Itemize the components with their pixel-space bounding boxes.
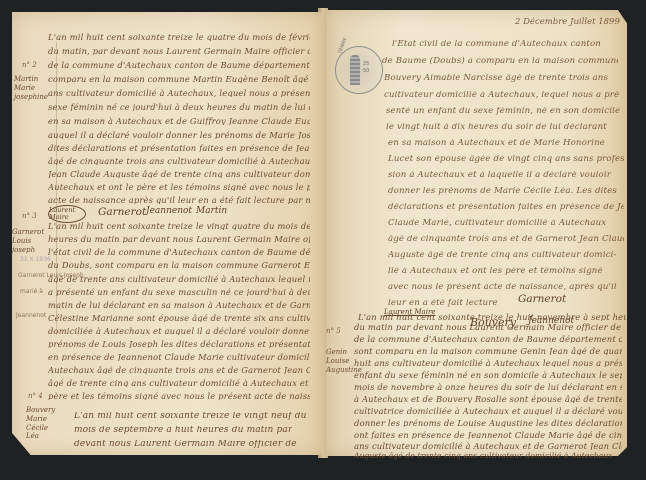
- text-line: senté un enfant du sexe féminin, né en s…: [386, 107, 620, 116]
- text-line: a présenté un enfant du sexe masculin né…: [48, 288, 310, 296]
- text-line: sexe féminin né ce jourd'hui à deux heur…: [48, 103, 310, 111]
- text-line: ans cultivateur domicilié à Autechaux et…: [354, 442, 622, 450]
- margin-name: Martin Marie josephine: [14, 75, 48, 101]
- text-line: L'an mil huit cent soixante treize le qu…: [48, 33, 310, 41]
- text-line: du matin, par devant nous Laurent Germai…: [48, 47, 310, 55]
- text-line: à Autechaux et de Bouvery Rosalie sont é…: [354, 395, 622, 403]
- entry-number: n° 4: [28, 392, 43, 400]
- text-line: avec nous le présent acte de naissance, …: [388, 283, 617, 292]
- text-line: Auguste âgé de trente cinq ans cultivate…: [388, 251, 617, 260]
- pencil-annotation: Jeannenot: [16, 312, 46, 319]
- pencil-annotation: marié à: [20, 288, 43, 295]
- text-line: mois de novembre à onze heures du soir d…: [354, 383, 622, 391]
- text-line: donner les prénoms de Louise Augustine l…: [354, 419, 622, 427]
- pencil-annotation: 31 X 1936: [20, 256, 51, 263]
- text-line: Jean Claude Auguste âgé de trente cinq a…: [48, 170, 310, 178]
- text-line: devant nous Laurent Germain Maire offici…: [74, 440, 297, 449]
- text-line: l'état civil de la commune d'Autechaux c…: [48, 248, 310, 256]
- text-line: huit ans cultivateur domicilié à Autecha…: [354, 359, 622, 367]
- text-line: de Baume (Doubs) a comparu en la maison …: [382, 57, 618, 66]
- text-line: de la commune d'Autechaux canton de Baum…: [48, 61, 310, 69]
- text-line: Autechaux et ont le père et les témoins …: [48, 183, 310, 191]
- text-line: sont comparu en la maison commune Genin …: [354, 347, 622, 355]
- text-line: sion à Autechaux et à laquelle il a décl…: [388, 171, 611, 180]
- tax-stamp: TIMBRE 25 50: [335, 46, 383, 94]
- text-line: heures du matin par devant nous Laurent …: [48, 235, 310, 243]
- text-line: Auguste âgé de trente cinq ans cultivate…: [354, 452, 613, 460]
- text-line: L'an mil huit cent soixante treize le hu…: [358, 313, 626, 321]
- entry-number: n° 3: [22, 212, 37, 220]
- text-line: âgé de trente cinq ans cultivateur domic…: [48, 379, 310, 387]
- text-line: cultivateur domicilié à Autechaux, leque…: [384, 91, 620, 100]
- text-line: acte de naissance après qu'il leur en a …: [48, 196, 310, 204]
- text-line: ont faites en présence de Jeannenot Clau…: [354, 431, 622, 439]
- text-line: père et les témoins signé avec nous le p…: [48, 392, 310, 400]
- text-line: en sa maison à Autechaux et de Marie Hon…: [388, 139, 605, 148]
- signature: Garnerot: [98, 206, 146, 218]
- text-line: cultivatrice domiciliée à Autechaux et a…: [354, 407, 622, 415]
- margin-name: Bouvery Marie Cécile Léa: [26, 406, 55, 441]
- text-line: du Doubs, sont comparu en la maison comm…: [48, 261, 310, 269]
- text-line: l'État civil de la commune d'Autechaux c…: [392, 40, 601, 49]
- text-line: comparu en la maison commune Martin Eugè…: [48, 75, 310, 83]
- date-header: 2 Décembre Juillet 1899: [515, 17, 620, 27]
- text-line: auquel il a déclaré vouloir donner les p…: [48, 131, 310, 139]
- text-line: Autechaux âgé de cinquante trois ans et …: [48, 366, 310, 374]
- text-line: enfant du sexe féminin né en son domicil…: [354, 371, 622, 379]
- signature: Garnerot: [518, 293, 566, 305]
- text-line: lié à Autechaux et ont les père et témoi…: [388, 267, 603, 276]
- text-line: de la commune d'Autechaux canton de Baum…: [354, 335, 622, 343]
- text-line: en présence de Jeannenot Claude Marie cu…: [48, 353, 310, 361]
- entry-number: n° 2: [22, 61, 37, 69]
- text-line: du matin par devant nous Laurent Germain…: [354, 323, 622, 331]
- stamp-value: 25 50: [363, 61, 369, 75]
- text-line: Claude Marie, cultivateur domicilié à Au…: [388, 219, 606, 228]
- text-line: dites déclarations et présentation faite…: [48, 144, 310, 152]
- text-line: déclarations et présentation faites en p…: [388, 203, 624, 212]
- text-line: âgé de trente ans cultivateur domicilié …: [48, 275, 310, 283]
- text-line: domiciliée à Autechaux et auquel il a dé…: [48, 327, 310, 335]
- text-line: mois de septembre à huit heures du matin…: [74, 426, 292, 435]
- text-line: âgé de cinquante trois ans cultivateur d…: [48, 157, 310, 165]
- text-line: prénoms de Louis Joseph les dites déclar…: [48, 340, 310, 348]
- pencil-annotation: Garnerot Louis Joseph: [18, 272, 84, 279]
- text-line: leur en a été fait lecture: [388, 299, 498, 308]
- text-line: Célestine Marianne sont épouse âgé de tr…: [48, 314, 310, 322]
- text-line: Lucet son épouse âgée de vingt cinq ans …: [388, 155, 624, 164]
- text-line: ans cultivateur domicilié à Autechaux, l…: [48, 89, 310, 97]
- text-line: L'an mil huit cent soixante treize le vi…: [48, 222, 310, 230]
- signature: Martin: [196, 206, 227, 216]
- entry-number: n° 5: [326, 327, 341, 335]
- text-line: donner les prénoms de Marie Cécile Léa. …: [388, 187, 617, 196]
- signature-mayor: Laurent Maire: [48, 205, 86, 223]
- text-line: Bouvery Aimable Narcisse âgé de trente t…: [384, 74, 608, 83]
- text-line: en sa maison à Autechaux et de Guiffroy …: [48, 117, 310, 125]
- stamp-figure-icon: [350, 55, 360, 85]
- margin-name: Garnerot Louis joseph: [12, 228, 44, 254]
- text-line: matin de lui déclarant en sa maison à Au…: [48, 301, 310, 309]
- text-line: L'an mil huit cent soixante treize le vi…: [74, 412, 307, 421]
- signature: Jeannenot: [146, 206, 192, 216]
- text-line: âgé de cinquante trois ans et de Garnero…: [388, 235, 624, 244]
- text-line: le vingt huit à dix heures du soir de lu…: [386, 123, 607, 132]
